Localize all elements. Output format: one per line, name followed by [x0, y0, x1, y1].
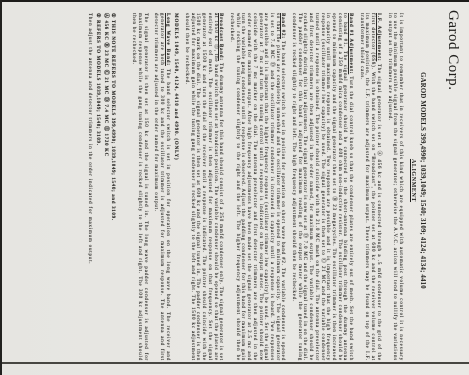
- paragraph: Then adjust the antenna and detector tri…: [87, 13, 93, 361]
- section-heading: MODELS 1049, 1540, 4124, 4410 and 4990. …: [173, 13, 179, 361]
- scan-edge-top: [0, 0, 469, 2]
- models-title: GAROD MODELS 399,4990; 1039,1049; 1540; …: [419, 0, 426, 361]
- margin-rule: [0, 362, 469, 364]
- paragraph-lead: Band #1 Adjustment:: [348, 13, 353, 74]
- footnote-line: ① THIS NOTE REFERS TO MODELS 399,4990; 1…: [110, 13, 116, 361]
- body-text: It is important to remember that in rece…: [82, 13, 403, 361]
- alignment-subtitle: ALIGNMENT: [410, 0, 416, 361]
- paragraph: Band #2: The band selector switch is set…: [228, 13, 285, 361]
- paragraph: It is important to remember that in rece…: [386, 13, 403, 361]
- scanned-manual-page: { "page": { "header": "Garod Corp.", "ti…: [0, 0, 469, 375]
- paragraph: I.F. Adjustment: The signal generator is…: [358, 13, 381, 361]
- paragraph: Long Wave Band: The band selector switch…: [153, 13, 170, 361]
- paragraph-lead: Band #2:: [280, 13, 285, 39]
- publisher-header: Garod Corp.: [444, 10, 461, 91]
- paragraph-lead: I.F. Adjustment:: [376, 13, 381, 61]
- footnote-line: ② REFERS TO MODELS 1039,1049; 1540; 3109…: [94, 13, 100, 361]
- paragraph: Band #1 Adjustment: Turn the dial contro…: [290, 13, 353, 361]
- footnote-line: Ⓐ 456 KC Ⓑ 23 MC Ⓒ 21 MC Ⓓ 7.4 MC Ⓔ 1720…: [102, 13, 108, 361]
- paragraph: Broadcast Band: The dummy antenna for th…: [183, 13, 223, 361]
- paragraph: The signal generator is then set at 150 …: [130, 13, 147, 361]
- paragraph-lead: Long Wave Band:: [165, 13, 170, 66]
- scan-edge-left: [0, 0, 2, 375]
- page: Garod Corp. GAROD MODELS 399,4990; 1039,…: [0, 0, 469, 375]
- paragraph-lead: Broadcast Band:: [218, 13, 223, 61]
